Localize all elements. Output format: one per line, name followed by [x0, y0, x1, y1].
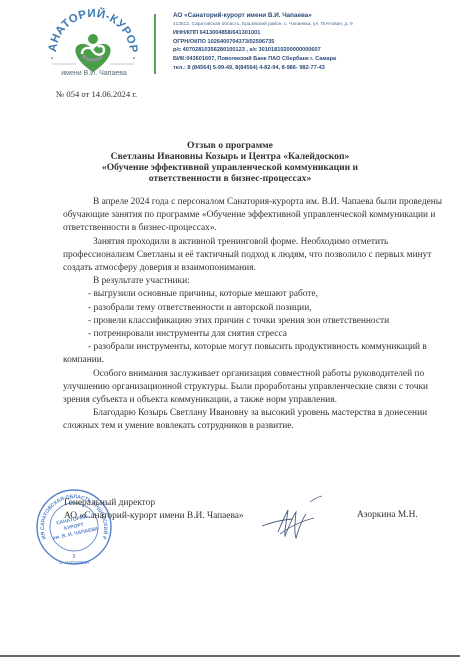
result-item: - разобрали тему ответственности и автор…	[63, 302, 443, 315]
org-name: АО «Санаторий-курорт имени В.И. Чапаева»	[173, 12, 458, 21]
document-body: В апреле 2024 года с персоналом Санатори…	[63, 196, 443, 434]
org-address: 413512, Саратовская область, Ершовский р…	[173, 21, 458, 30]
document-page: САНАТОРИЙ-КУРОРТ имени В.И. Чапаева АО «…	[0, 0, 460, 655]
results-intro: В результате участники:	[63, 275, 443, 288]
logo-caption: имени В.И. Чапаева	[52, 70, 136, 77]
result-item: - провели классификацию этих причин с то…	[63, 315, 443, 328]
organization-details: АО «Санаторий-курорт имени В.И. Чапаева»…	[173, 12, 458, 72]
title-line: Светланы Ивановны Козырь и Центра «Калей…	[60, 151, 400, 162]
paragraph-format: Занятия проходили в активной тренинговой…	[63, 236, 443, 276]
header-divider	[154, 14, 156, 74]
document-number: № 054 от 14.06.2024 г.	[56, 89, 137, 99]
paragraph-intro: В апреле 2024 года с персоналом Санатори…	[63, 196, 443, 236]
handwritten-signature	[258, 492, 333, 552]
title-line: «Обучение эффективной управленческой ком…	[60, 162, 400, 173]
paragraph-management: Особого внимания заслуживает организация…	[63, 368, 443, 408]
signatory-name: Азоркина М.Н.	[357, 510, 418, 520]
org-phones: тел.: 8 (84564) 5-99-49, 8(84564) 4-82-9…	[173, 64, 458, 73]
role-line: Генеральный директор	[64, 497, 244, 510]
paragraph-thanks: Благодарю Козырь Светлану Ивановну за вы…	[63, 407, 443, 433]
title-line: Отзыв о программе	[60, 140, 400, 151]
org-bank: БИК:043601607, Поволжский Банк ПАО Сберб…	[173, 55, 458, 64]
document-title: Отзыв о программе Светланы Ивановны Козы…	[60, 140, 400, 184]
result-item: - выгрузили основные причины, которые ме…	[63, 288, 443, 301]
org-inn-kpp: ИНН/КПП 6413004858/641301001	[173, 29, 458, 38]
result-item: - потренировали инструменты для снятия с…	[63, 328, 443, 341]
org-accounts: р/с 40702810356280100123 , к/с 301018102…	[173, 46, 458, 55]
svg-text:С. ЧАПАЕВКА: С. ЧАПАЕВКА	[59, 560, 90, 565]
title-line: ответственности в бизнес-процессах»	[60, 173, 400, 184]
signatory-role: Генеральный директор АО «Санаторий-курор…	[64, 497, 244, 523]
role-line: АО «Санаторий-курорт имени В.И. Чапаева»	[64, 510, 244, 523]
result-item: - разобрали инструменты, которые могут п…	[63, 341, 443, 367]
org-ogrn-okpo: ОГРН/ОКПО 1026400704373/02596735	[173, 38, 458, 47]
